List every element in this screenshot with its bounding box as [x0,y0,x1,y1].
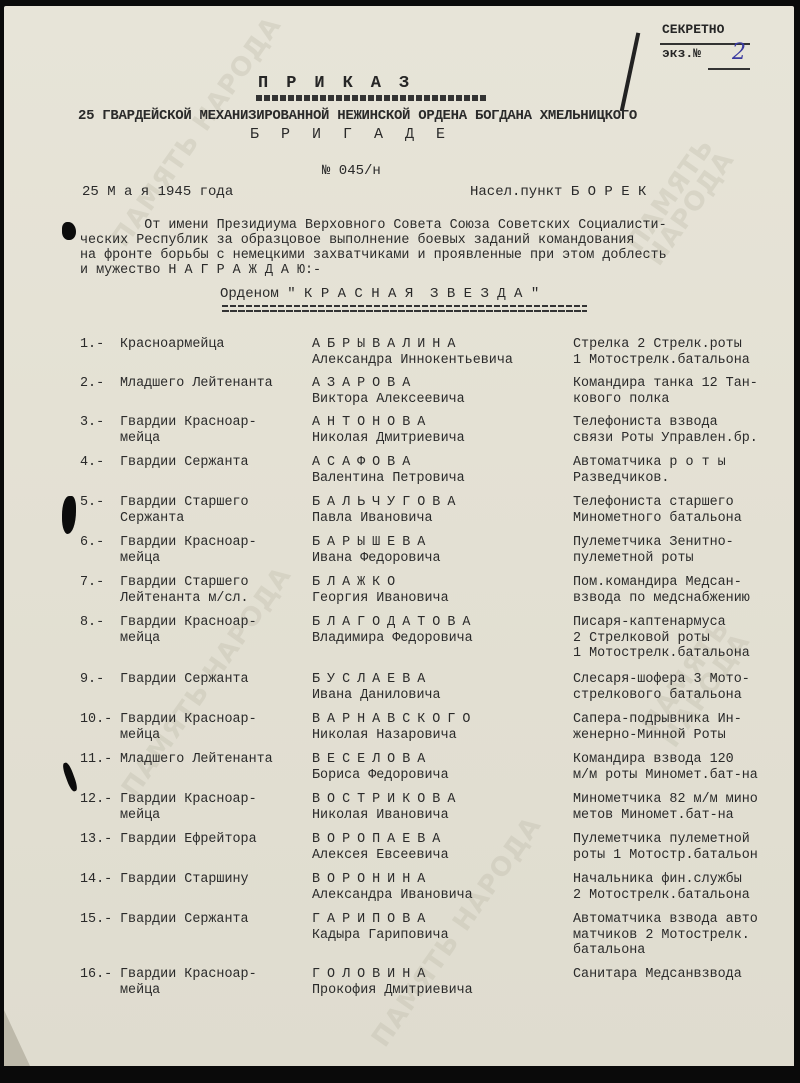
entry-given-names: Александра Иннокентьевича [312,353,513,369]
entry-rank: Гвардии Красноар- мейца [120,415,257,446]
entry-position: Слесаря-шофера 3 Мото- стрелкового батал… [573,672,750,703]
entry-rank: Гвардии Старшего Лейтенанта м/сл. [120,575,249,606]
entry-surname: АНТОНОВА [312,415,432,431]
entry-rank: Гвардии Сержанта [120,912,249,928]
award-underline [222,305,587,312]
entry-given-names: Николая Назаровича [312,728,457,744]
entry-number: 11.- [80,752,120,768]
entry-given-names: Владимира Федоровича [312,631,473,647]
entry-rank: Гвардии Красноар- мейца [120,712,257,743]
entry-rank: Гвардии Ефрейтора [120,832,257,848]
intro-paragraph: От имени Президиума Верховного Совета Со… [80,218,667,278]
entry-given-names: Валентина Петровича [312,471,465,487]
entry-given-names: Виктора Алексеевича [312,392,465,408]
punch-hole [62,222,76,240]
classification-stamp: СЕКРЕТНО [662,22,724,37]
order-date: 25 М а я 1945 года [82,184,233,200]
unit-name-line2: БРИГАДЕ [250,126,467,143]
entry-position: Пулеметчика пулеметной роты 1 Мотостр.ба… [573,832,758,863]
entry-given-names: Ивана Даниловича [312,688,441,704]
entry-position: Командира взвода 120 м/м роты Миномет.ба… [573,752,758,783]
entry-surname: БУСЛАЕВА [312,672,432,688]
entry-surname: ГАРИПОВА [312,912,432,928]
entry-surname: ВОРОНИНА [312,872,432,888]
entry-rank: Младшего Лейтенанта [120,376,273,392]
entry-position: Писаря-каптенармуса 2 Стрелковой роты 1 … [573,615,750,662]
entry-rank: Гвардии Сержанта [120,672,249,688]
entry-number: 8.- [80,615,120,631]
entry-position: Пом.командира Медсан- взвода по медснабж… [573,575,750,606]
order-number: № 045/н [322,163,381,179]
entry-number: 7.- [80,575,120,591]
entry-given-names: Николая Дмитриевича [312,431,465,447]
entry-number: 1.- [80,337,120,353]
entry-position: Санитара Медсанвзвода [573,967,742,983]
entry-position: Телефониста старшего Минометного батальо… [573,495,742,526]
entry-rank: Гвардии Сержанта [120,455,249,471]
entry-number: 9.- [80,672,120,688]
order-place: Насел.пункт Б О Р Е К [470,184,646,200]
entry-position: Сапера-подрывника Ин- женерно-Минной Рот… [573,712,742,743]
entry-surname: ГОЛОВИНА [312,967,432,983]
entry-given-names: Кадыра Гариповича [312,928,449,944]
entry-surname: ВОСТРИКОВА [312,792,462,808]
entry-surname: ВЕСЕЛОВА [312,752,432,768]
entry-rank: Гвардии Старшего Сержанта [120,495,249,526]
entry-rank: Гвардии Красноар- мейца [120,535,257,566]
entry-surname: ВОРОПАЕВА [312,832,447,848]
entry-given-names: Павла Ивановича [312,511,433,527]
entry-number: 13.- [80,832,120,848]
unit-name: 25 ГВАРДЕЙСКОЙ МЕХАНИЗИРОВАННОЙ НЕЖИНСКО… [78,108,637,124]
copy-number-handwritten: 2 [732,40,746,65]
entry-number: 4.- [80,455,120,471]
divider [708,68,750,70]
entry-given-names: Николая Ивановича [312,808,449,824]
document-title: ПРИКАЗ [258,74,427,93]
entry-given-names: Ивана Федоровича [312,551,441,567]
entry-number: 14.- [80,872,120,888]
entry-position: Минометчика 82 м/м мино метов Миномет.ба… [573,792,758,823]
entry-surname: БАРЫШЕВА [312,535,432,551]
entry-number: 12.- [80,792,120,808]
entry-number: 16.- [80,967,120,983]
entry-number: 10.- [80,712,120,728]
entry-rank: Младшего Лейтенанта [120,752,273,768]
entry-position: Автоматчика р о т ы Разведчиков. [573,455,726,486]
entry-rank: Гвардии Старшину [120,872,249,888]
entry-rank: Гвардии Красноар- мейца [120,967,257,998]
entry-given-names: Александра Ивановича [312,888,473,904]
entry-number: 6.- [80,535,120,551]
copy-label: экз.№ [662,46,701,61]
entry-surname: АБРЫВАЛИНА [312,337,462,353]
award-name: Орденом " К Р А С Н А Я З В Е З Д А " [220,286,539,302]
entry-surname: БЛАЖКО [312,575,402,591]
entry-surname: ВАРНАВСКОГО [312,712,477,728]
entry-position: Телефониста взвода связи Роты Управлен.б… [573,415,758,446]
entry-position: Стрелка 2 Стрелк.роты 1 Мотострелк.батал… [573,337,750,368]
entry-position: Пулеметчика Зенитно- пулеметной роты [573,535,734,566]
entry-number: 3.- [80,415,120,431]
entry-position: Автоматчика взвода авто матчиков 2 Мотос… [573,912,758,959]
title-underline [256,95,486,101]
entry-number: 15.- [80,912,120,928]
folded-corner [4,1010,30,1066]
entry-surname: БАЛЬЧУГОВА [312,495,462,511]
entry-given-names: Бориса Федоровича [312,768,449,784]
entry-rank: Гвардии Красноар- мейца [120,615,257,646]
entry-surname: БЛАГОДАТОВА [312,615,477,631]
entry-rank: Гвардии Красноар- мейца [120,792,257,823]
entry-number: 5.- [80,495,120,511]
entry-surname: АСАФОВА [312,455,417,471]
entry-given-names: Георгия Ивановича [312,591,449,607]
entry-rank: Красноармейца [120,337,224,353]
entry-number: 2.- [80,376,120,392]
entry-surname: АЗАРОВА [312,376,417,392]
entry-given-names: Прокофия Дмитриевича [312,983,473,999]
entry-position: Командира танка 12 Тан- кового полка [573,376,758,407]
entry-position: Начальника фин.службы 2 Мотострелк.батал… [573,872,750,903]
entry-given-names: Алексея Евсеевича [312,848,449,864]
